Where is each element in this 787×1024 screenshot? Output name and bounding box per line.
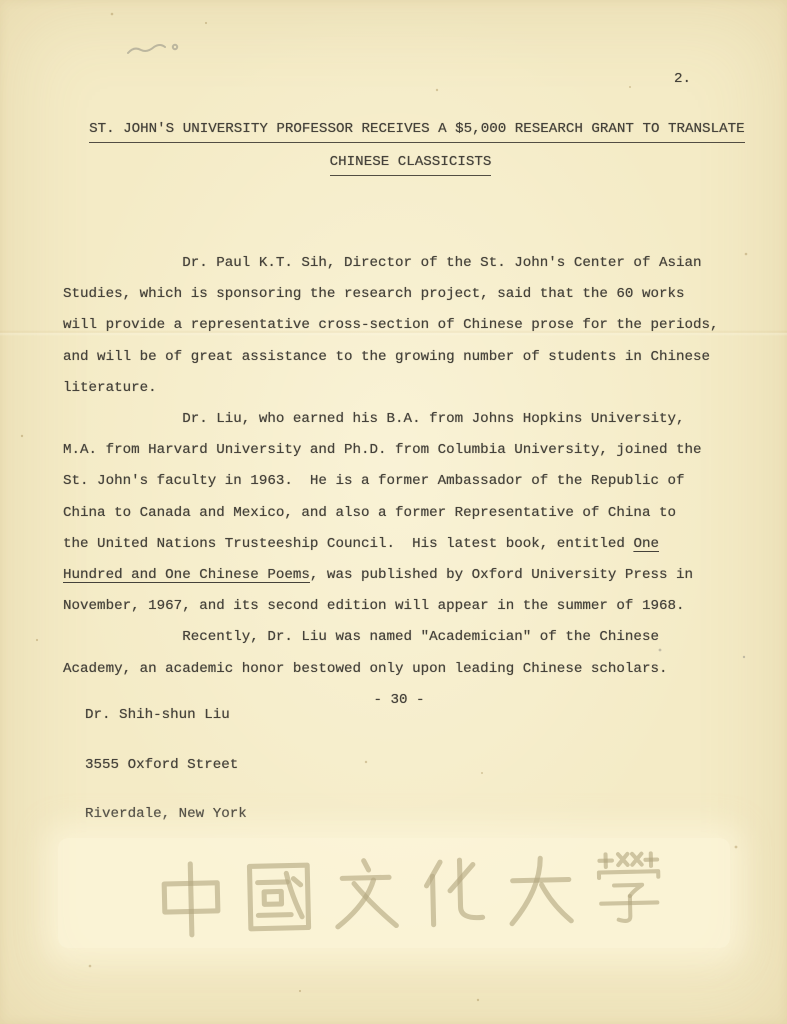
address-name: Dr. Shih-shun Liu bbox=[85, 707, 247, 725]
scanned-document-page: 2. ST. JOHN'S UNIVERSITY PROFESSOR RECEI… bbox=[0, 0, 787, 1024]
body-lines: Dr. Paul K.T. Sih, Director of the St. J… bbox=[63, 200, 735, 716]
address-block: Dr. Shih-shun Liu 3555 Oxford Street Riv… bbox=[85, 675, 247, 856]
body-line: China to Canada and Mexico, and also a f… bbox=[63, 498, 735, 529]
body-line: Recently, Dr. Liu was named "Academician… bbox=[63, 622, 735, 653]
watermark-char-zhong-icon bbox=[151, 854, 231, 944]
headline-text-2: CHINESE CLASSICISTS bbox=[330, 154, 492, 176]
body-line: Studies, which is sponsoring the researc… bbox=[63, 279, 735, 310]
address-city: Riverdale, New York bbox=[85, 806, 247, 824]
body-line: Dr. Paul K.T. Sih, Director of the St. J… bbox=[63, 248, 735, 279]
body-line: M.A. from Harvard University and Ph.D. f… bbox=[63, 435, 735, 466]
watermark-char-guo-icon bbox=[239, 852, 319, 942]
body-line: November, 1967, and its second edition w… bbox=[63, 591, 735, 622]
body-line: Hundred and One Chinese Poems, was publi… bbox=[63, 560, 735, 591]
body-line: and will be of great assistance to the g… bbox=[63, 342, 735, 373]
headline-line-2: CHINESE CLASSICISTS bbox=[55, 138, 732, 192]
body-line: will provide a representative cross-sect… bbox=[63, 310, 735, 341]
university-watermark: 中國文化大學 bbox=[151, 840, 669, 948]
pencil-smudge-mark bbox=[124, 38, 188, 60]
watermark-char-da-icon bbox=[501, 846, 581, 936]
body-line: literature. bbox=[63, 373, 735, 404]
body-line: Dr. Liu, who earned his B.A. from Johns … bbox=[63, 404, 735, 435]
watermark-char-hua-icon bbox=[414, 848, 494, 938]
watermark-char-xue-icon bbox=[589, 844, 669, 934]
address-street: 3555 Oxford Street bbox=[85, 757, 247, 775]
body-line: St. John's faculty in 1963. He is a form… bbox=[63, 466, 735, 497]
watermark-char-wen-icon bbox=[326, 850, 406, 940]
body-line: the United Nations Trusteeship Council. … bbox=[63, 529, 735, 560]
page-number: 2. bbox=[674, 71, 691, 87]
